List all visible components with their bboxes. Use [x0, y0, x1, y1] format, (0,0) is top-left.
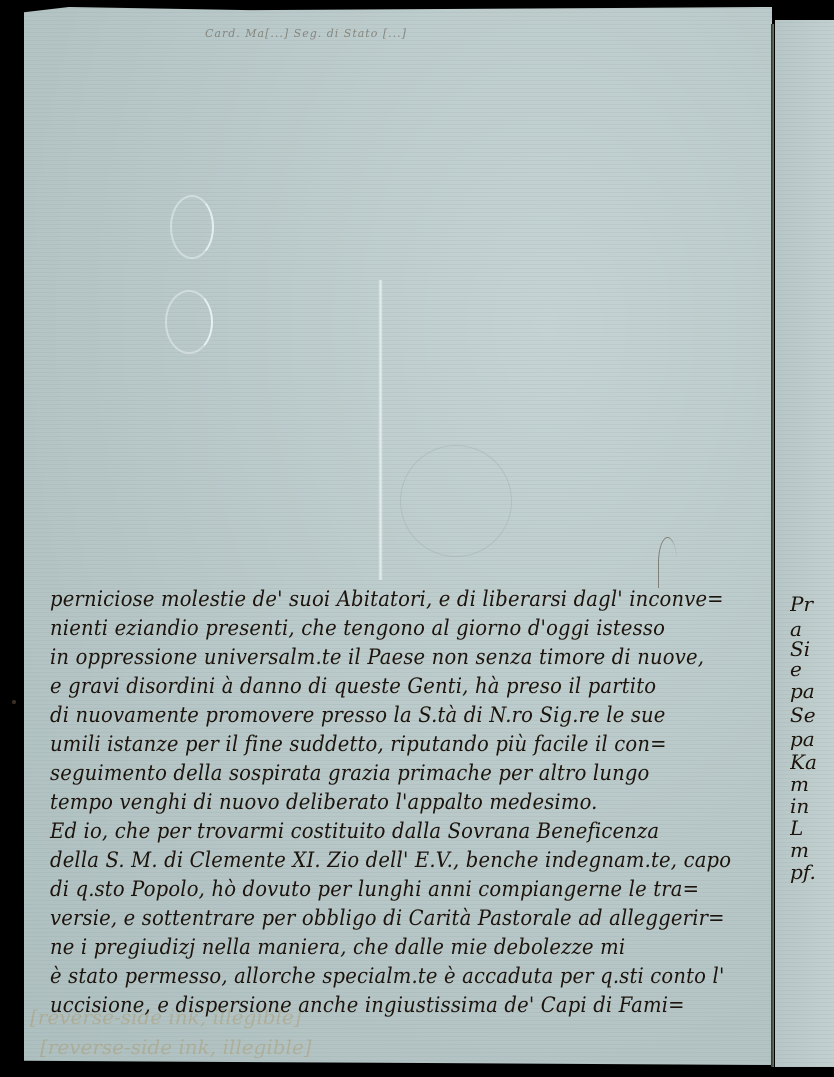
fragment-line: pa [790, 727, 834, 751]
embossed-mark-upper [170, 195, 214, 259]
fragment-line: a [790, 619, 834, 639]
text-line: versie, e sottentrare per obbligo di Car… [50, 904, 720, 933]
facing-page-text: Pr a Si e pa Se pa Ka m in L m pf. [790, 590, 834, 883]
fragment-line: Ka [790, 751, 834, 773]
text-line: ne i pregiudizj nella maniera, che dalle… [50, 933, 720, 962]
bleed-through-text: [reverse-side ink, illegible] [40, 1035, 312, 1059]
fragment-line: m [790, 839, 834, 861]
fragment-line: e [790, 659, 834, 679]
text-line: Ed io, che per trovarmi costituito dalla… [50, 817, 720, 846]
text-line: uccisione, e dispersione anche ingiustis… [50, 991, 720, 1020]
ink-spot [12, 700, 16, 704]
fragment-line: m [790, 773, 834, 795]
text-line: nienti eziandio presenti, che tengono al… [50, 614, 720, 643]
text-line: di q.sto Popolo, hò dovuto per lunghi an… [50, 875, 720, 904]
fragment-line: in [790, 795, 834, 817]
letter-body: perniciose molestie de' suoi Abitatori, … [50, 585, 770, 1020]
text-line: e gravi disordini à danno di queste Gent… [50, 672, 720, 701]
binding-fold [771, 24, 774, 1067]
text-line: in oppressione universalm.te il Paese no… [50, 643, 720, 672]
text-line: tempo venghi di nuovo deliberato l'appal… [50, 788, 720, 817]
text-line: della S. M. di Clemente XI. Zio dell' E.… [50, 846, 720, 875]
text-line: perniciose molestie de' suoi Abitatori, … [50, 585, 720, 614]
pen-flourish [658, 537, 677, 588]
text-line: di nuovamente promovere presso la S.tà d… [50, 701, 720, 730]
text-line: umili istanze per il fine suddetto, ripu… [50, 730, 720, 759]
paper-crease [378, 280, 383, 580]
seal-impression [400, 445, 512, 557]
fragment-line: L [790, 817, 834, 839]
fragment-line: pf. [790, 861, 834, 883]
text-line: seguimento della sospirata grazia primac… [50, 759, 720, 788]
fragment-line: Si [790, 639, 834, 659]
fragment-line: Se [790, 703, 834, 727]
header-note: Card. Ma[...] Seg. di Stato [...] [205, 27, 565, 40]
text-line: è stato permesso, allorche specialm.te è… [50, 962, 720, 991]
facing-page [775, 20, 834, 1067]
fragment-line: Pr [790, 590, 834, 619]
fragment-line: pa [790, 679, 834, 703]
embossed-mark-lower [165, 290, 213, 354]
